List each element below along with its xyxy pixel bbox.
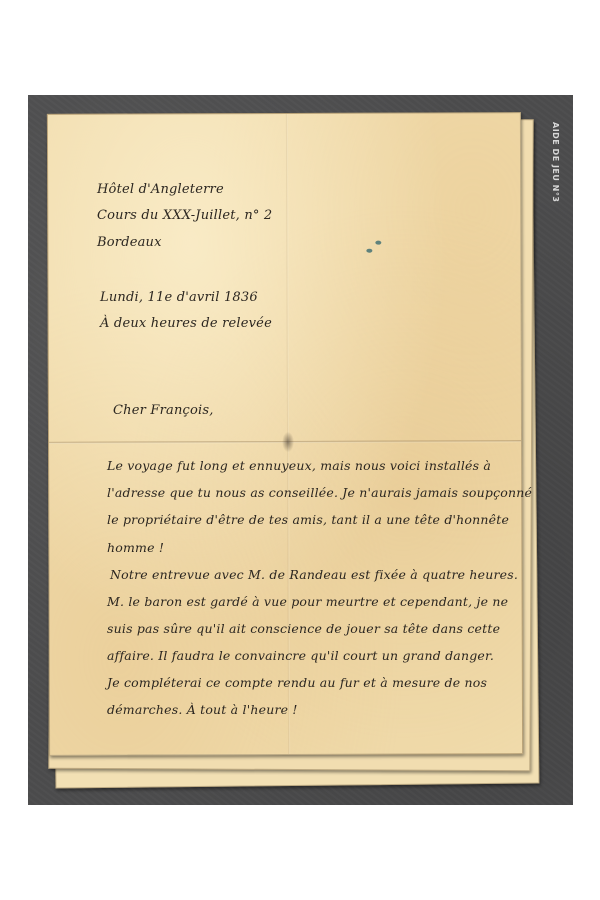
salutation: Cher François, bbox=[113, 403, 214, 418]
ink-stain bbox=[366, 249, 372, 253]
body-line: démarches. À tout à l'heure ! bbox=[107, 702, 298, 717]
body-line: M. le baron est gardé à vue pour meurtre… bbox=[107, 594, 508, 609]
fold-intersection-mark bbox=[281, 430, 295, 454]
body-line: le propriétaire d'être de tes amis, tant… bbox=[107, 512, 509, 527]
body-line: l'adresse que tu nous as conseillée. Je … bbox=[107, 485, 532, 500]
body-line: Je compléterai ce compte rendu au fur et… bbox=[107, 675, 487, 690]
address-line-hotel: Hôtel d'Angleterre bbox=[97, 182, 224, 197]
body-line: affaire. Il faudra le convaincre qu'il c… bbox=[107, 648, 494, 663]
body-line: homme ! bbox=[107, 540, 164, 555]
letter-time: À deux heures de relevée bbox=[100, 316, 272, 331]
body-line: suis pas sûre qu'il ait conscience de jo… bbox=[107, 621, 500, 636]
address-line-street: Cours du XXX-Juillet, n° 2 bbox=[97, 208, 272, 223]
ink-stain bbox=[375, 241, 381, 245]
handout-label: AIDE DE JEU N°3 bbox=[551, 122, 560, 202]
address-line-city: Bordeaux bbox=[97, 235, 162, 250]
body-line: Notre entrevue avec M. de Randeau est fi… bbox=[110, 567, 518, 582]
letter-date: Lundi, 11e d'avril 1836 bbox=[100, 290, 258, 305]
body-line: Le voyage fut long et ennuyeux, mais nou… bbox=[107, 458, 491, 473]
